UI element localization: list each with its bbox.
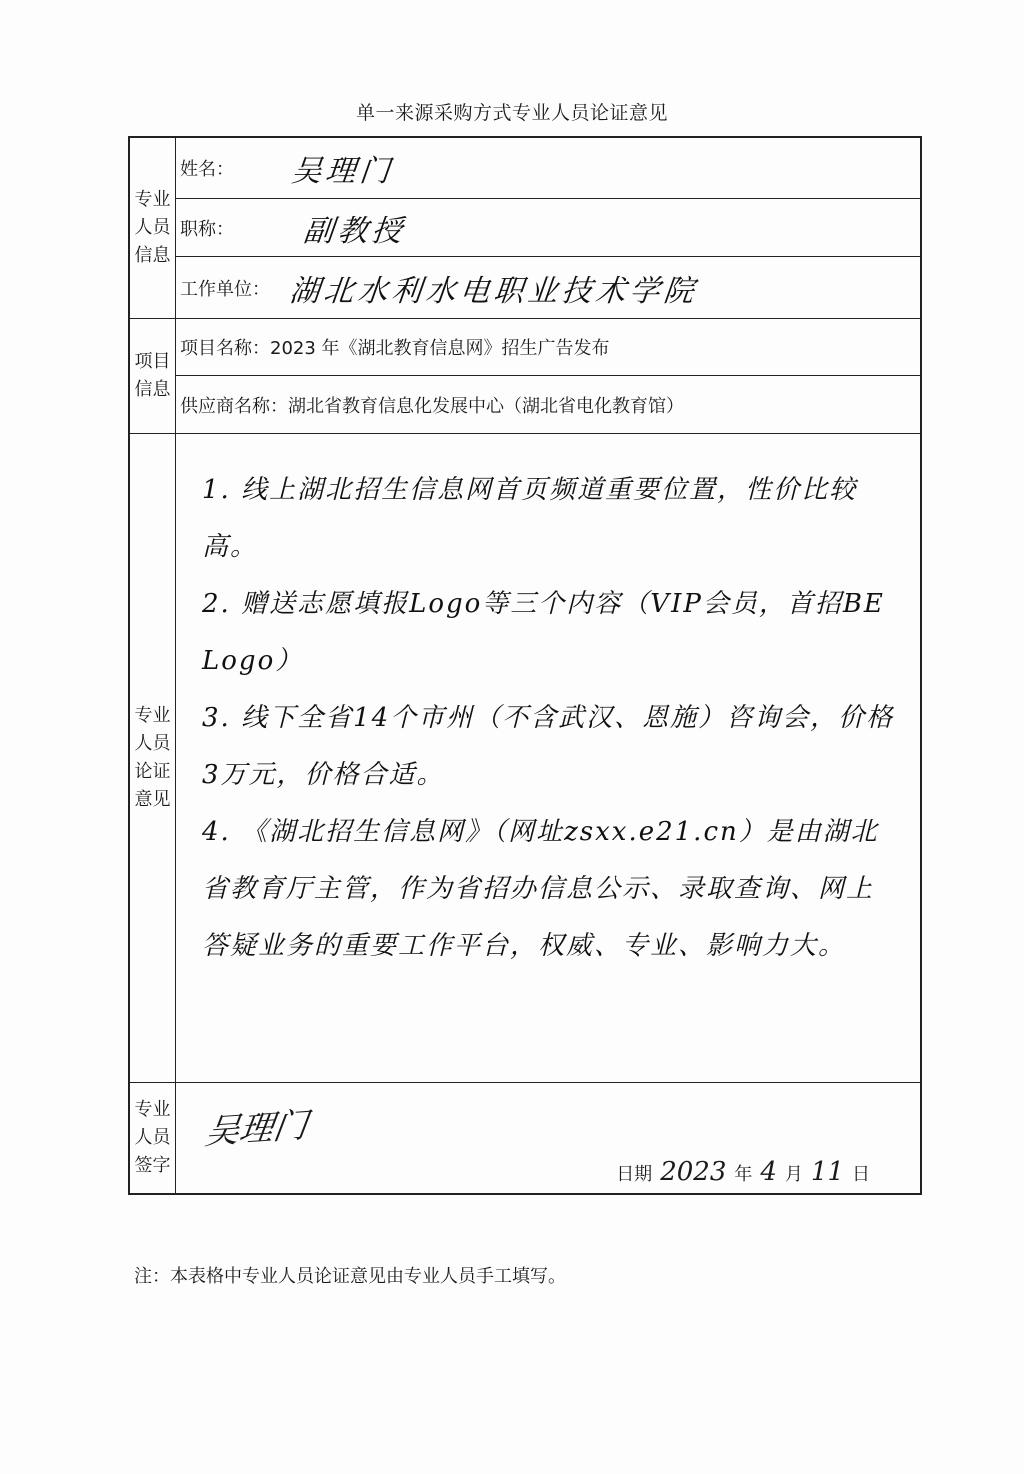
form-table: 专业人员信息 姓名： 吴理门 职称： 副教授 工作单位： 湖北水利水电职业技术学… xyxy=(128,136,922,1195)
personnel-section: 专业人员信息 姓名： 吴理门 职称： 副教授 工作单位： 湖北水利水电职业技术学… xyxy=(130,138,920,318)
document-title: 单一来源采购方式专业人员论证意见 xyxy=(0,98,1024,125)
name-value: 吴理门 xyxy=(290,146,397,190)
unit-row: 工作单位： 湖北水利水电职业技术学院 xyxy=(176,256,920,318)
project-section-label: 项目信息 xyxy=(130,319,176,433)
title-value: 副教授 xyxy=(302,206,409,250)
date-month: 4 xyxy=(760,1157,777,1187)
project-name-row: 项目名称： 2023 年《湖北教育信息网》招生广告发布 xyxy=(176,319,920,375)
opinion-section-label: 专业人员论证意见 xyxy=(130,434,176,1082)
unit-value: 湖北水利水电职业技术学院 xyxy=(288,266,701,310)
date-year-unit: 年 xyxy=(734,1160,752,1186)
signature-section-label: 专业人员签字 xyxy=(130,1083,176,1193)
project-name-label: 项目名称： xyxy=(180,334,270,360)
name-row: 姓名： 吴理门 xyxy=(176,138,920,198)
date-day: 11 xyxy=(811,1157,844,1187)
opinion-item-2: 2. 赠送志愿填报Logo等三个内容（VIP会员，首招BE Logo） xyxy=(202,576,900,690)
date-month-unit: 月 xyxy=(785,1160,803,1186)
title-row: 职称： 副教授 xyxy=(176,198,920,256)
signature-section: 专业人员签字 吴理门 日期 2023 年 4 月 11 日 xyxy=(130,1082,920,1193)
personnel-section-label: 专业人员信息 xyxy=(130,138,176,318)
date-day-unit: 日 xyxy=(852,1160,870,1186)
project-name-value: 2023 年《湖北教育信息网》招生广告发布 xyxy=(270,334,610,360)
footnote: 注：本表格中专业人员论证意见由专业人员手工填写。 xyxy=(134,1262,566,1288)
project-section: 项目信息 项目名称： 2023 年《湖北教育信息网》招生广告发布 供应商名称： … xyxy=(130,318,920,433)
unit-label: 工作单位： xyxy=(180,275,270,301)
opinion-item-3: 3. 线下全省14个市州（不含武汉、恩施）咨询会，价格3万元，价格合适。 xyxy=(202,690,900,804)
supplier-label: 供应商名称： xyxy=(180,392,288,418)
title-label: 职称： xyxy=(180,215,234,241)
supplier-value: 湖北省教育信息化发展中心（湖北省电化教育馆） xyxy=(288,392,684,418)
signature: 吴理门 xyxy=(203,1097,312,1154)
name-label: 姓名： xyxy=(180,155,234,181)
date-label: 日期 xyxy=(616,1160,652,1186)
supplier-row: 供应商名称： 湖北省教育信息化发展中心（湖北省电化教育馆） xyxy=(176,375,920,433)
opinion-item-4: 4. 《湖北招生信息网》（网址zsxx.e21.cn）是由湖北省教育厅主管，作为… xyxy=(202,804,900,975)
date-line: 日期 2023 年 4 月 11 日 xyxy=(616,1157,870,1187)
opinion-item-1: 1. 线上湖北招生信息网首页频道重要位置，性价比较高。 xyxy=(202,462,900,576)
date-year: 2023 xyxy=(660,1157,726,1187)
opinion-section: 专业人员论证意见 1. 线上湖北招生信息网首页频道重要位置，性价比较高。 2. … xyxy=(130,433,920,1082)
